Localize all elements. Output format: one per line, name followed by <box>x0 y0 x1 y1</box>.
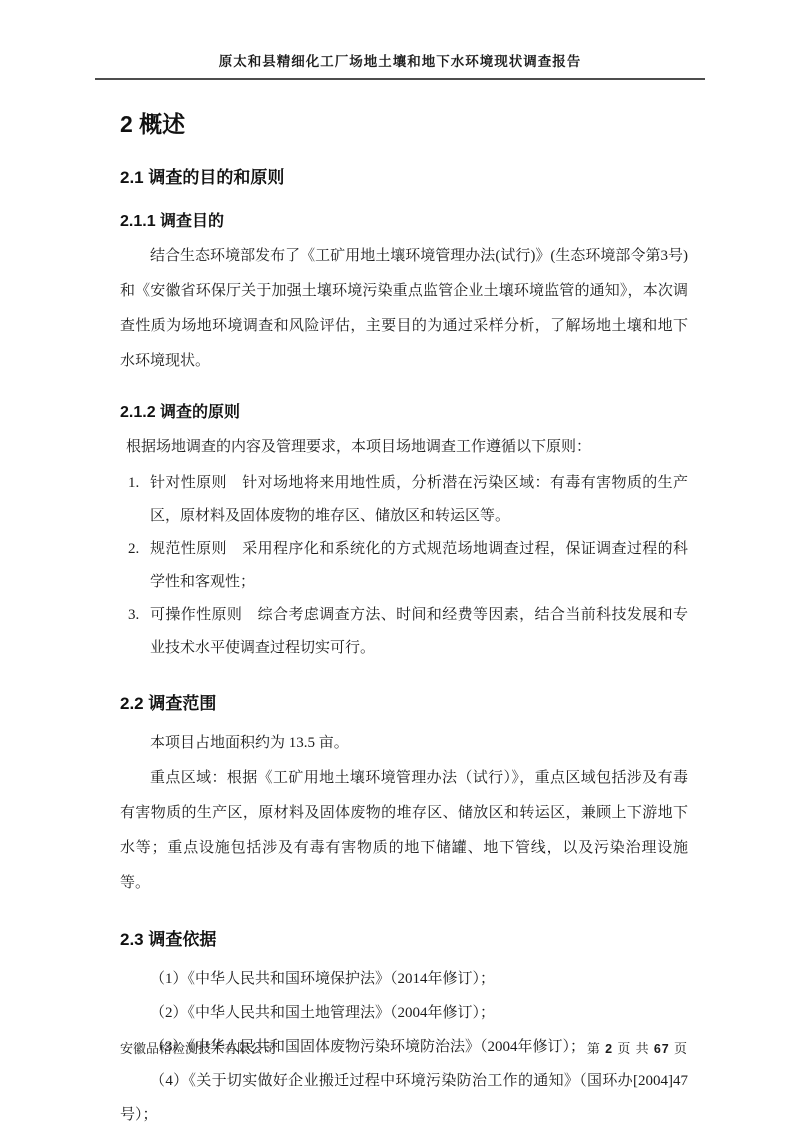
list-item-text: 规范性原则 采用程序化和系统化的方式规范场地调查过程，保证调查过程的科学性和客观… <box>150 533 688 599</box>
footer-page-number: 2 <box>605 1042 613 1056</box>
paragraph-principles-intro: 根据场地调查的内容及管理要求，本项目场地调查工作遵循以下原则： <box>120 430 688 465</box>
section-heading-2-1: 2.1 调查的目的和原则 <box>120 163 688 188</box>
footer-page-indicator: 第 2 页 共 67 页 <box>587 1038 688 1057</box>
paragraph-site-area: 本项目占地面积约为 13.5 亩。 <box>120 726 688 761</box>
reference-item: （2）《中华人民共和国土地管理法》（2004年修订）； <box>120 996 688 1030</box>
section-heading-2-1-1: 2.1.1 调查目的 <box>120 208 688 231</box>
page-content: 2 概述 2.1 调查的目的和原则 2.1.1 调查目的 结合生态环境部发布了《… <box>120 106 688 1131</box>
document-page: 原太和县精细化工厂场地土壤和地下水环境现状调查报告 2 概述 2.1 调查的目的… <box>0 0 800 1131</box>
list-item-number: 3. <box>128 599 150 665</box>
footer-page-label: 页 共 <box>617 1041 649 1056</box>
page-footer: 安徽品格检测技术有限公司 第 2 页 共 67 页 <box>120 1038 688 1057</box>
section-heading-2-1-2: 2.1.2 调查的原则 <box>120 399 688 422</box>
header-title: 原太和县精细化工厂场地土壤和地下水环境现状调查报告 <box>219 54 582 69</box>
footer-page-label: 页 <box>674 1041 688 1056</box>
paragraph-survey-purpose: 结合生态环境部发布了《工矿用地土壤环境管理办法(试行)》(生态环境部令第3号)和… <box>120 239 688 379</box>
list-item-text: 针对性原则 针对场地将来用地性质，分析潜在污染区域：有毒有害物质的生产区，原材料… <box>150 467 688 533</box>
chapter-title: 2 概述 <box>120 106 688 139</box>
list-item: 1. 针对性原则 针对场地将来用地性质，分析潜在污染区域：有毒有害物质的生产区，… <box>120 467 688 533</box>
principle-list: 1. 针对性原则 针对场地将来用地性质，分析潜在污染区域：有毒有害物质的生产区，… <box>120 467 688 665</box>
footer-page-label: 第 <box>587 1041 601 1056</box>
section-heading-2-2: 2.2 调查范围 <box>120 689 688 714</box>
list-item-number: 2. <box>128 533 150 599</box>
footer-total-pages: 67 <box>654 1042 670 1056</box>
reference-item: （4）《关于切实做好企业搬迁过程中环境污染防治工作的通知》（国环办[2004]4… <box>120 1064 688 1131</box>
list-item-text: 可操作性原则 综合考虑调查方法、时间和经费等因素，结合当前科技发展和专业技术水平… <box>150 599 688 665</box>
list-item: 2. 规范性原则 采用程序化和系统化的方式规范场地调查过程，保证调查过程的科学性… <box>120 533 688 599</box>
paragraph-key-regions: 重点区域：根据《工矿用地土壤环境管理办法（试行）》，重点区域包括涉及有毒有害物质… <box>120 761 688 901</box>
reference-item: （1）《中华人民共和国环境保护法》（2014年修订）； <box>120 962 688 996</box>
page-header: 原太和县精细化工厂场地土壤和地下水环境现状调查报告 <box>95 50 705 80</box>
list-item: 3. 可操作性原则 综合考虑调查方法、时间和经费等因素，结合当前科技发展和专业技… <box>120 599 688 665</box>
list-item-number: 1. <box>128 467 150 533</box>
footer-company-name: 安徽品格检测技术有限公司 <box>120 1038 276 1057</box>
section-heading-2-3: 2.3 调查依据 <box>120 925 688 950</box>
